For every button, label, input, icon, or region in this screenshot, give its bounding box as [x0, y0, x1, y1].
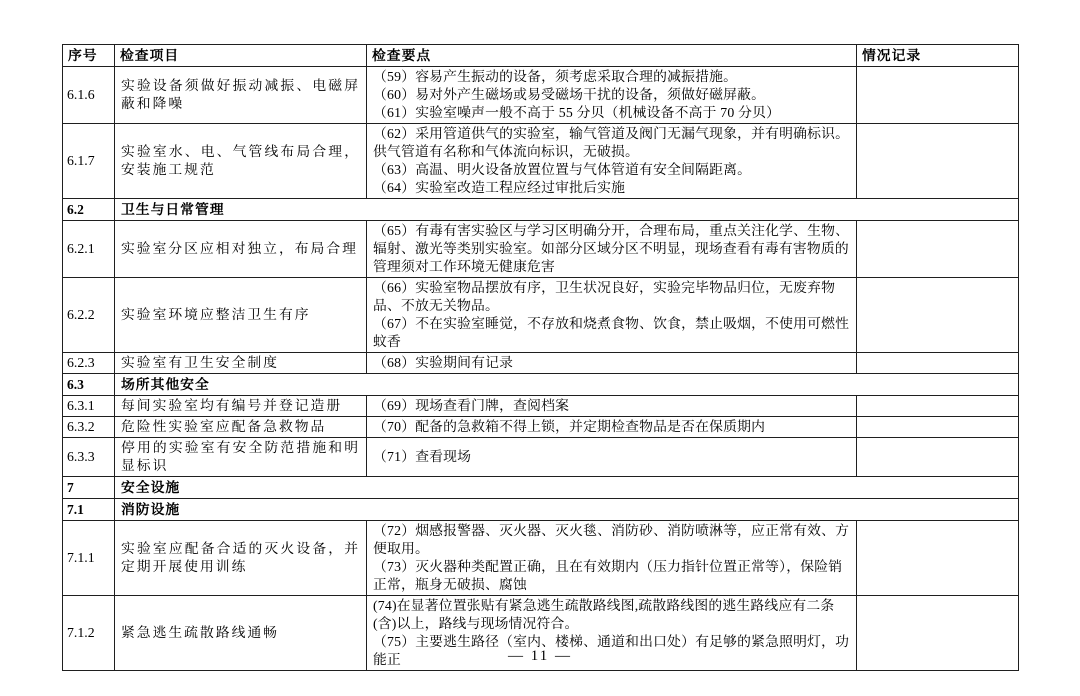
point-line: （66）实验室物品摆放有序，卫生状况良好，实验完毕物品归位，无废弃物品、不放无关… [373, 279, 850, 315]
section-title: 卫生与日常管理 [115, 199, 1019, 221]
row-no: 6.2.3 [63, 353, 115, 374]
header-cell-item: 检查项目 [115, 45, 367, 67]
section-no: 6.3 [63, 374, 115, 396]
header-row: 序号 检查项目 检查要点 情况记录 [63, 45, 1019, 67]
point-line: （67）不在实验室睡觉，不存放和烧煮食物、饮食，禁止吸烟，不使用可燃性蚊香 [373, 315, 850, 351]
point-line: （68）实验期间有记录 [373, 354, 850, 372]
record-cell [857, 353, 1019, 374]
header-cell-record: 情况记录 [857, 45, 1019, 67]
inspection-table: 序号 检查项目 检查要点 情况记录 6.1.6 实验设备须做好振动减振、电磁屏蔽… [62, 44, 1019, 671]
section-row-6-3: 6.3 场所其他安全 [63, 374, 1019, 396]
row-no: 6.3.3 [63, 438, 115, 477]
header-cell-no: 序号 [63, 45, 115, 67]
point-line: （62）采用管道供气的实验室，输气管道及阀门无漏气现象，并有明确标识。供气管道有… [373, 125, 850, 161]
section-title: 消防设施 [115, 499, 1019, 521]
section-no: 6.2 [63, 199, 115, 221]
table-row-7-1-1: 7.1.1 实验室应配备合适的灭火设备，并定期开展使用训练 （72）烟感报警器、… [63, 521, 1019, 596]
point-line: （65）有毒有害实验区与学习区明确分开，合理布局，重点关注化学、生物、辐射、激光… [373, 222, 850, 276]
row-item: 实验室环境应整洁卫生有序 [115, 278, 367, 353]
row-no: 6.2.1 [63, 221, 115, 278]
record-cell [857, 438, 1019, 477]
section-row-7: 7 安全设施 [63, 477, 1019, 499]
point-line: （69）现场查看门牌，查阅档案 [373, 397, 850, 415]
row-item: 实验室应配备合适的灭火设备，并定期开展使用训练 [115, 521, 367, 596]
record-cell [857, 67, 1019, 124]
point-line: （61）实验室噪声一般不高于 55 分贝（机械设备不高于 70 分贝） [373, 104, 850, 122]
point-line: （72）烟感报警器、灭火器、灭火毯、消防砂、消防喷淋等，应正常有效、方便取用。 [373, 522, 850, 558]
point-line: （59）容易产生振动的设备，须考虑采取合理的减振措施。 [373, 68, 850, 86]
point-line: （70）配备的急救箱不得上锁，并定期检查物品是否在保质期内 [373, 418, 850, 436]
row-no: 7.1.1 [63, 521, 115, 596]
table-row-6-2-3: 6.2.3 实验室有卫生安全制度 （68）实验期间有记录 [63, 353, 1019, 374]
row-no: 6.3.2 [63, 417, 115, 438]
section-row-6-2: 6.2 卫生与日常管理 [63, 199, 1019, 221]
row-points: （59）容易产生振动的设备，须考虑采取合理的减振措施。 （60）易对外产生磁场或… [367, 67, 857, 124]
record-cell [857, 221, 1019, 278]
record-cell [857, 417, 1019, 438]
row-no: 6.2.2 [63, 278, 115, 353]
table-row-6-3-1: 6.3.1 每间实验室均有编号并登记造册 （69）现场查看门牌，查阅档案 [63, 396, 1019, 417]
row-points: （69）现场查看门牌，查阅档案 [367, 396, 857, 417]
row-points: （65）有毒有害实验区与学习区明确分开，合理布局，重点关注化学、生物、辐射、激光… [367, 221, 857, 278]
point-line: （64）实验室改造工程应经过审批后实施 [373, 179, 850, 197]
row-item: 实验室分区应相对独立，布局合理 [115, 221, 367, 278]
section-no: 7 [63, 477, 115, 499]
page-number: — 11 — [62, 648, 1018, 665]
row-points: （62）采用管道供气的实验室，输气管道及阀门无漏气现象，并有明确标识。供气管道有… [367, 124, 857, 199]
table-row-6-2-1: 6.2.1 实验室分区应相对独立，布局合理 （65）有毒有害实验区与学习区明确分… [63, 221, 1019, 278]
row-no: 6.1.6 [63, 67, 115, 124]
point-line: （60）易对外产生磁场或易受磁场干扰的设备，须做好磁屏蔽。 [373, 86, 850, 104]
section-row-7-1: 7.1 消防设施 [63, 499, 1019, 521]
table-row-6-1-6: 6.1.6 实验设备须做好振动减振、电磁屏蔽和降噪 （59）容易产生振动的设备，… [63, 67, 1019, 124]
point-line: (74)在显著位置张贴有紧急逃生疏散路线图,疏散路线图的逃生路线应有二条(含)以… [373, 597, 850, 633]
section-title: 场所其他安全 [115, 374, 1019, 396]
table-row-6-3-3: 6.3.3 停用的实验室有安全防范措施和明显标识 （71）查看现场 [63, 438, 1019, 477]
row-item: 停用的实验室有安全防范措施和明显标识 [115, 438, 367, 477]
table-row-6-3-2: 6.3.2 危险性实验室应配备急救物品 （70）配备的急救箱不得上锁，并定期检查… [63, 417, 1019, 438]
row-points: （70）配备的急救箱不得上锁，并定期检查物品是否在保质期内 [367, 417, 857, 438]
header-cell-points: 检查要点 [367, 45, 857, 67]
table-row-6-2-2: 6.2.2 实验室环境应整洁卫生有序 （66）实验室物品摆放有序，卫生状况良好，… [63, 278, 1019, 353]
row-no: 6.1.7 [63, 124, 115, 199]
row-points: （66）实验室物品摆放有序，卫生状况良好，实验完毕物品归位，无废弃物品、不放无关… [367, 278, 857, 353]
point-line: （71）查看现场 [373, 448, 850, 466]
section-title: 安全设施 [115, 477, 1019, 499]
section-no: 7.1 [63, 499, 115, 521]
table-row-6-1-7: 6.1.7 实验室水、电、气管线布局合理，安装施工规范 （62）采用管道供气的实… [63, 124, 1019, 199]
row-points: （71）查看现场 [367, 438, 857, 477]
record-cell [857, 278, 1019, 353]
row-no: 6.3.1 [63, 396, 115, 417]
point-line: （63）高温、明火设备放置位置与气体管道有安全间隔距离。 [373, 161, 850, 179]
row-item: 每间实验室均有编号并登记造册 [115, 396, 367, 417]
row-points: （72）烟感报警器、灭火器、灭火毯、消防砂、消防喷淋等，应正常有效、方便取用。 … [367, 521, 857, 596]
row-item: 实验室有卫生安全制度 [115, 353, 367, 374]
row-item: 实验设备须做好振动减振、电磁屏蔽和降噪 [115, 67, 367, 124]
row-item: 实验室水、电、气管线布局合理，安装施工规范 [115, 124, 367, 199]
record-cell [857, 396, 1019, 417]
record-cell [857, 124, 1019, 199]
row-item: 危险性实验室应配备急救物品 [115, 417, 367, 438]
point-line: （73）灭火器种类配置正确，且在有效期内（压力指针位置正常等），保险销正常，瓶身… [373, 558, 850, 594]
row-points: （68）实验期间有记录 [367, 353, 857, 374]
document-page: 序号 检查项目 检查要点 情况记录 6.1.6 实验设备须做好振动减振、电磁屏蔽… [0, 0, 1080, 696]
record-cell [857, 521, 1019, 596]
